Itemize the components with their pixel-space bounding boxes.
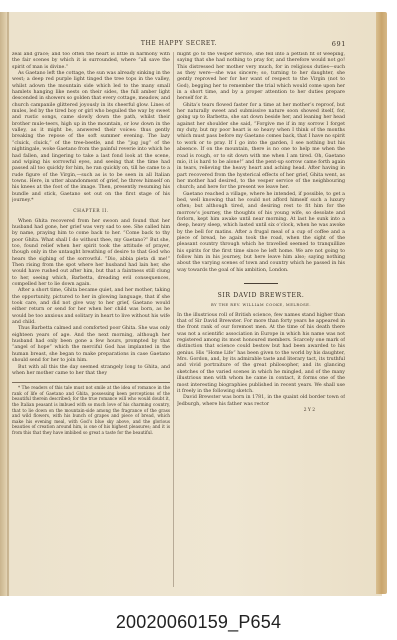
left-column: zeal and grace; and too often the heart … — [12, 52, 170, 552]
paragraph: Thus Barbetta calmed and comforted poor … — [12, 326, 170, 364]
page-edge — [376, 12, 387, 594]
paragraph: As Gaetano left the cottage, the sun was… — [12, 71, 170, 204]
paragraph: zeal and grace; and too often the heart … — [12, 52, 170, 71]
paragraph: might go to the vesper service, she fell… — [177, 52, 345, 103]
right-column: might go to the vesper service, she fell… — [177, 52, 345, 572]
section-divider — [244, 283, 278, 284]
image-caption: 20020060159_P654 — [0, 612, 397, 633]
paragraph: When Ghita recovered from her swoon and … — [12, 219, 170, 289]
running-head: THE HAPPY SECRET. 691 — [12, 40, 346, 50]
paragraph: David Brewster was born in 1781, in the … — [177, 395, 345, 408]
chapter-heading: CHAPTER II. — [12, 209, 170, 215]
column-divider — [173, 52, 174, 587]
running-head-title: THE HAPPY SECRET. — [12, 40, 346, 47]
footnote: * The readers of this tale must not smil… — [12, 385, 170, 435]
paragraph: But with all this the day seemed strange… — [12, 365, 170, 378]
footnote-divider — [12, 382, 170, 383]
paragraph: Ghita’s tears flowed faster for a time a… — [177, 103, 345, 192]
gutter-shadow — [7, 12, 9, 596]
paragraph: In the illustrious roll of British scien… — [177, 313, 345, 395]
page-number: 691 — [332, 40, 346, 48]
paragraph: After a short time, Ghita became quiet, … — [12, 288, 170, 326]
paragraph: Gaetano reached a village, where he inte… — [177, 192, 345, 274]
article-title: SIR DAVID BREWSTER. — [177, 293, 345, 299]
article-byline: BY THE REV. WILLIAM COOKE, MELROSE. — [177, 302, 345, 308]
signature-mark: 2 Y 2 — [177, 408, 345, 414]
